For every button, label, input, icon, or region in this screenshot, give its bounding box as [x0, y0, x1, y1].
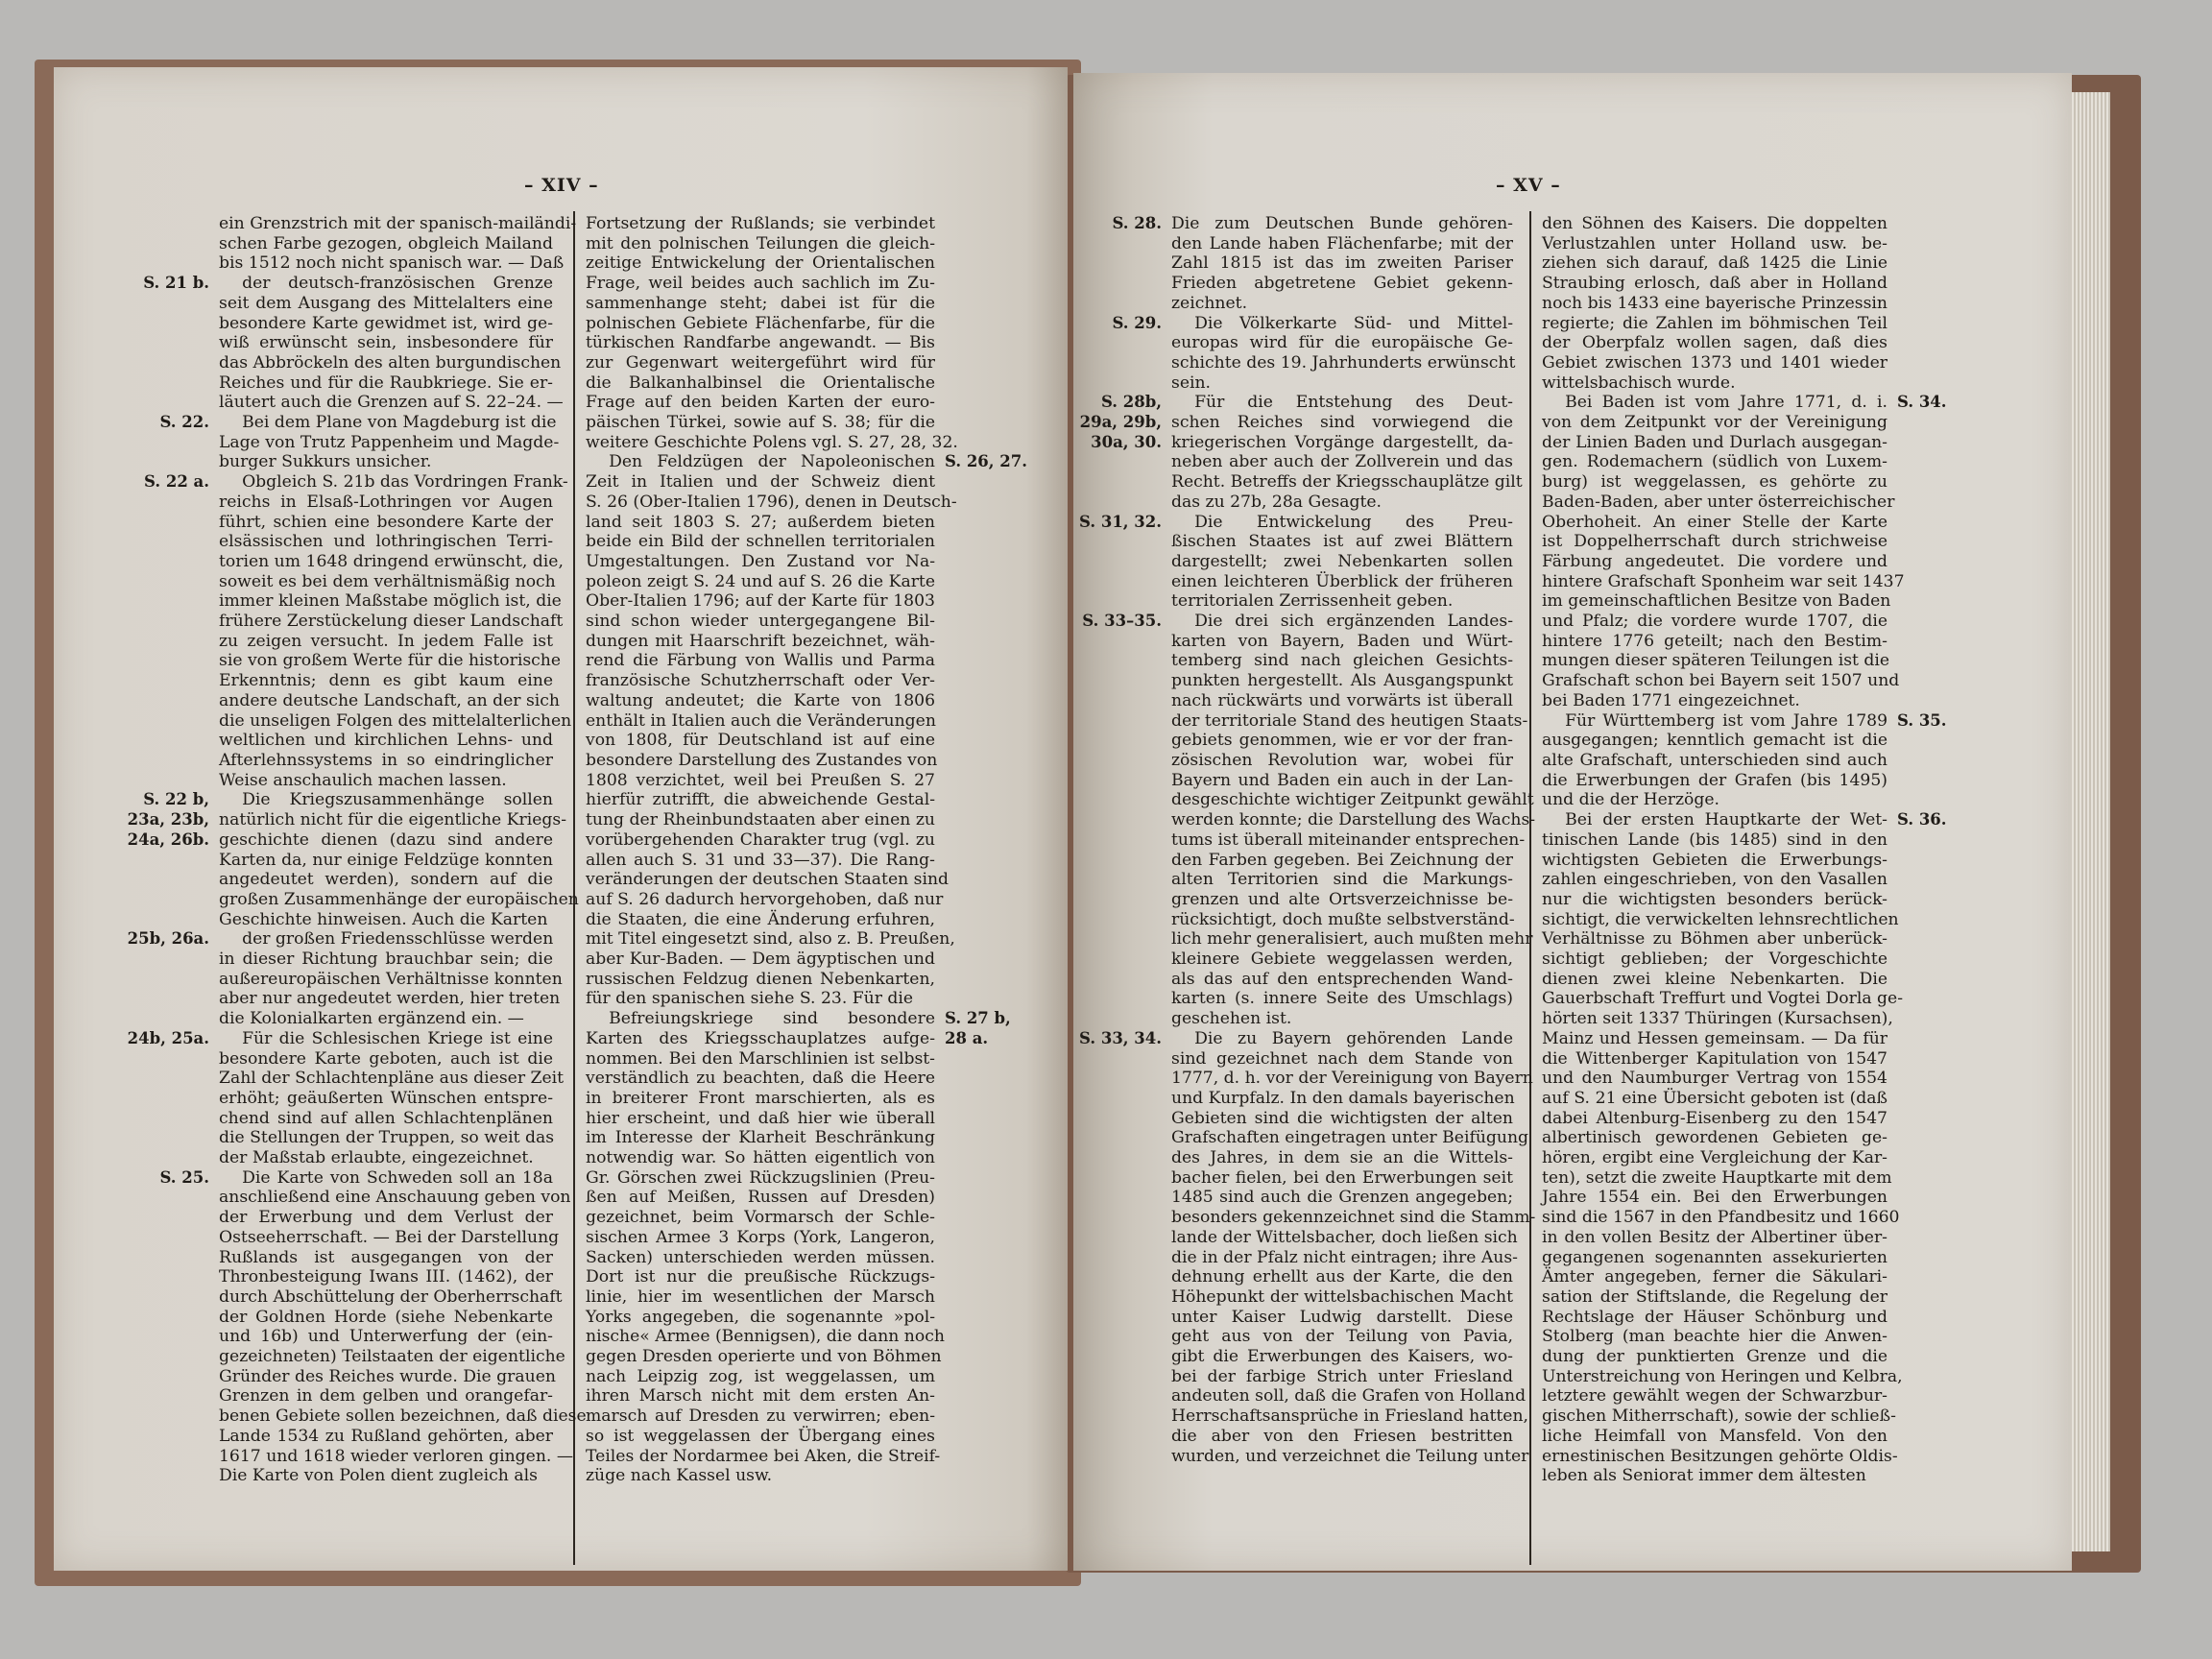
text-line: des Jahres, in dem sie an die Wittels- — [1171, 1148, 1513, 1168]
text-line: sie von großem Werte für die historische — [219, 651, 553, 671]
text-line: so ist weggelassen der Übergang eines — [586, 1427, 935, 1447]
map-page-reference: S. 22. — [113, 413, 209, 433]
text-line: beide ein Bild der schnellen territorial… — [586, 532, 935, 552]
text-line: Befreiungskriege sind besondere — [586, 1009, 935, 1029]
text-line: in dieser Richtung brauchbar sein; die — [219, 950, 553, 970]
text-line: Gründer des Reiches wurde. Die grauen — [219, 1367, 553, 1387]
text-line: weitere Geschichte Polens vgl. S. 27, 28… — [586, 433, 935, 453]
text-line: Teiles der Nordarmee bei Aken, die Strei… — [586, 1447, 935, 1467]
text-line: hier erscheint, und daß hier wie überall — [586, 1109, 935, 1129]
text-line: alte Grafschaft, unterschieden sind auch — [1542, 751, 1887, 771]
text-column: Fortsetzung der Rußlands; sie verbindetm… — [586, 214, 935, 1486]
text-line: dienen zwei kleine Nebenkarten. Die — [1542, 970, 1887, 990]
text-line: der Erwerbung und dem Verlust der — [219, 1208, 553, 1228]
text-line: desgeschichte wichtiger Zeitpunkt gewähl… — [1171, 790, 1513, 810]
text-line: albertinisch gewordenen Gebieten ge- — [1542, 1128, 1887, 1148]
text-line: bei der farbige Strich unter Friesland — [1171, 1367, 1513, 1387]
text-line: durch Abschüttelung der Oberherrschaft — [219, 1287, 553, 1308]
map-page-reference: S. 28b, 29a, 29b, 30a, 30. — [1066, 393, 1162, 452]
map-page-reference: S. 35. — [1897, 711, 1947, 732]
text-line: Die drei sich ergänzenden Landes- — [1171, 612, 1513, 632]
text-line: seit dem Ausgang des Mittelalters eine — [219, 294, 553, 314]
text-line: geschichte dienen (dazu sind andere — [219, 830, 553, 851]
text-line: allen auch S. 31 und 33—37). Die Rang- — [586, 851, 935, 871]
text-line: und die der Herzöge. — [1542, 790, 1887, 810]
text-line: 1617 und 1618 wieder verloren gingen. — — [219, 1447, 553, 1467]
text-line: Verhältnisse zu Böhmen aber unberück- — [1542, 929, 1887, 950]
text-line: alten Territorien sind die Markungs- — [1171, 870, 1513, 890]
text-line: torien um 1648 dringend erwünscht, die, — [219, 552, 553, 572]
text-line: Ober-Italien 1796; auf der Karte für 180… — [586, 591, 935, 612]
text-line: zeichnet. — [1171, 294, 1513, 314]
text-line: anschließend eine Anschauung geben von — [219, 1188, 553, 1208]
text-line: Für Württemberg ist vom Jahre 1789 — [1542, 711, 1887, 732]
text-line: polnischen Gebiete Flächenfarbe, für die — [586, 314, 935, 334]
text-line: dung der punktierten Grenze und die — [1542, 1347, 1887, 1367]
text-line: werden konnte; die Darstellung des Wachs… — [1171, 810, 1513, 830]
text-line: von 1808, für Deutschland ist auf eine — [586, 731, 935, 751]
map-page-reference: 25b, 26a. — [113, 929, 209, 950]
text-line: ziehen sich darauf, daß 1425 die Linie — [1542, 253, 1887, 274]
text-line: Gauerbschaft Treffurt und Vogtei Dorla g… — [1542, 989, 1887, 1009]
text-line: die Kolonialkarten ergänzend ein. — — [219, 1009, 553, 1029]
text-line: der großen Friedensschlüsse werden — [219, 929, 553, 950]
text-line: dargestellt; zwei Nebenkarten sollen — [1171, 552, 1513, 572]
text-line: Frieden abgetretene Gebiet gekenn- — [1171, 274, 1513, 294]
map-page-reference: S. 25. — [113, 1168, 209, 1189]
text-line: Lande 1534 zu Rußland gehörten, aber — [219, 1427, 553, 1447]
text-line: Zahl 1815 ist das im zweiten Pariser — [1171, 253, 1513, 274]
text-line: läutert auch die Grenzen auf S. 22–24. — — [219, 393, 553, 413]
text-line: Baden-Baden, aber unter österreichischer — [1542, 493, 1887, 513]
text-line: der Oberpfalz wollen sagen, daß dies — [1542, 333, 1887, 353]
text-line: kriegerischen Vorgänge dargestellt, da- — [1171, 433, 1513, 453]
text-line: mungen dieser späteren Teilungen ist die — [1542, 651, 1887, 671]
text-line: ßen auf Meißen, Russen auf Dresden) — [586, 1188, 935, 1208]
text-line: andere deutsche Landschaft, an der sich — [219, 691, 553, 711]
text-line: den Söhnen des Kaisers. Die doppelten — [1542, 214, 1887, 234]
text-line: Thronbesteigung Iwans III. (1462), der — [219, 1267, 553, 1287]
text-line: Höhepunkt der wittelsbachischen Macht — [1171, 1287, 1513, 1308]
text-line: Rechtslage der Häuser Schönburg und — [1542, 1308, 1887, 1328]
text-line: sichtigt geblieben; der Vorgeschichte — [1542, 950, 1887, 970]
text-line: nach Leipzig zog, ist weggelassen, um — [586, 1367, 935, 1387]
text-line: für den spanischen siehe S. 23. Für die — [586, 989, 935, 1009]
map-page-reference: S. 22 a. — [113, 472, 209, 493]
text-line: linie, hier im wesentlichen der Marsch — [586, 1287, 935, 1308]
map-page-reference: S. 27 b, 28 a. — [945, 1009, 1011, 1048]
text-line: Die Karte von Polen dient zugleich als — [219, 1466, 553, 1486]
text-line: hintere 1776 geteilt; nach den Bestim- — [1542, 632, 1887, 652]
text-line: tung der Rheinbundstaaten aber einen zu — [586, 810, 935, 830]
text-line: punkten hergestellt. Als Ausgangspunkt — [1171, 671, 1513, 691]
text-line: bacher fielen, bei den Erwerbungen seit — [1171, 1168, 1513, 1189]
text-line: hierfür zutrifft, die abweichende Gestal… — [586, 790, 935, 810]
text-line: wichtigsten Gebieten die Erwerbungs- — [1542, 851, 1887, 871]
text-line: ihren Marsch nicht mit dem ersten An- — [586, 1386, 935, 1407]
text-line: dabei Altenburg-Eisenberg zu den 1547 — [1542, 1109, 1887, 1129]
text-line: reichs in Elsaß-Lothringen vor Augen — [219, 493, 553, 513]
text-line: zahlen eingeschrieben, von den Vasallen — [1542, 870, 1887, 890]
page-number-left: – XIV – — [524, 175, 599, 196]
text-line: die Erwerbungen der Grafen (bis 1495) — [1542, 771, 1887, 791]
text-line: der territoriale Stand des heutigen Staa… — [1171, 711, 1513, 732]
map-page-reference: S. 28. — [1066, 214, 1162, 234]
text-line: den Farben gegeben. Bei Zeichnung der — [1171, 851, 1513, 871]
text-line: gezeichnet, beim Vormarsch der Schle- — [586, 1208, 935, 1228]
map-page-reference: S. 33, 34. — [1066, 1029, 1162, 1049]
text-line: die in der Pfalz nicht eintragen; ihre A… — [1171, 1248, 1513, 1268]
text-line: die aber von den Friesen bestritten — [1171, 1427, 1513, 1447]
text-line: sation der Stiftslande, die Regelung der — [1542, 1287, 1887, 1308]
text-line: Die zu Bayern gehörenden Lande — [1171, 1029, 1513, 1049]
map-page-reference: S. 34. — [1897, 393, 1947, 413]
text-line: Grafschaft schon bei Bayern seit 1507 un… — [1542, 671, 1887, 691]
text-line: bis 1512 noch nicht spanisch war. — Daß — [219, 253, 553, 274]
text-line: temberg sind nach gleichen Gesichts- — [1171, 651, 1513, 671]
text-line: poleon zeigt S. 24 und auf S. 26 die Kar… — [586, 572, 935, 592]
text-line: ßischen Staates ist auf zwei Blättern — [1171, 532, 1513, 552]
text-line: wurden, und verzeichnet die Teilung unte… — [1171, 1447, 1513, 1467]
text-line: Grafschaften eingetragen unter Beifügung — [1171, 1128, 1513, 1148]
text-line: das Abbröckeln des alten burgundischen — [219, 353, 553, 373]
text-line: ein Grenzstrich mit der spanisch-mailänd… — [219, 214, 553, 234]
text-line: 1808 verzichtet, weil bei Preußen S. 27 — [586, 771, 935, 791]
text-line: hörten seit 1337 Thüringen (Kursachsen), — [1542, 1009, 1887, 1029]
text-column: ein Grenzstrich mit der spanisch-mailänd… — [219, 214, 553, 1486]
text-line: europas wird für die europäische Ge- — [1171, 333, 1513, 353]
text-line: lich mehr generalisiert, auch mußten meh… — [1171, 929, 1513, 950]
text-line: Gebieten sind die wichtigsten der alten — [1171, 1109, 1513, 1129]
text-line: Ostseeherrschaft. — Bei der Darstellung — [219, 1228, 553, 1248]
text-line: mit Titel eingesetzt sind, also z. B. Pr… — [586, 929, 935, 950]
text-line: im Interesse der Klarheit Beschränkung — [586, 1128, 935, 1148]
text-line: elsässischen und lothringischen Terri- — [219, 532, 553, 552]
text-line: Bei der ersten Hauptkarte der Wet- — [1542, 810, 1887, 830]
text-line: Frage, weil beides auch sachlich im Zu- — [586, 274, 935, 294]
text-line: grenzen und alte Ortsverzeichnisse be- — [1171, 890, 1513, 910]
text-line: Weise anschaulich machen lassen. — [219, 771, 553, 791]
text-line: gischen Mitherrschaft), sowie der schlie… — [1542, 1407, 1887, 1427]
text-line: zeitige Entwickelung der Orientalischen — [586, 253, 935, 274]
text-line: land seit 1803 S. 27; außerdem bieten — [586, 513, 935, 533]
text-line: gibt die Erwerbungen des Kaisers, wo- — [1171, 1347, 1513, 1367]
text-line: als das auf den entsprechenden Wand- — [1171, 970, 1513, 990]
text-line: neben aber auch der Zollverein und das — [1171, 452, 1513, 472]
text-line: burger Sukkurs unsicher. — [219, 452, 553, 472]
page-edges — [2072, 92, 2110, 1551]
text-line: Recht. Betreffs der Kriegsschauplätze gi… — [1171, 472, 1513, 493]
text-line: Die Kriegszusammenhänge sollen — [219, 790, 553, 810]
text-line: geht aus von der Teilung von Pavia, — [1171, 1327, 1513, 1347]
text-line: besondere Darstellung des Zustandes von — [586, 751, 935, 771]
text-line: türkischen Randfarbe angewandt. — Bis — [586, 333, 935, 353]
text-line: Obgleich S. 21b das Vordringen Frank- — [219, 472, 553, 493]
text-line: von dem Zeitpunkt vor der Vereinigung — [1542, 413, 1887, 433]
text-line: Jahre 1554 ein. Bei den Erwerbungen — [1542, 1188, 1887, 1208]
text-line: besondere Karte geboten, auch ist die — [219, 1049, 553, 1070]
text-line: die Balkanhalbinsel die Orientalische — [586, 373, 935, 394]
text-line: großen Zusammenhänge der europäischen — [219, 890, 553, 910]
text-line: ten), setzt die zweite Hauptkarte mit de… — [1542, 1168, 1887, 1189]
text-line: letztere gewählt wegen der Schwarzbur- — [1542, 1386, 1887, 1407]
text-line: der Linien Baden und Durlach ausgegan- — [1542, 433, 1887, 453]
text-line: Stolberg (man beachte hier die Anwen- — [1542, 1327, 1887, 1347]
text-line: schichte des 19. Jahrhunderts erwünscht — [1171, 353, 1513, 373]
map-page-reference: S. 33–35. — [1066, 612, 1162, 632]
text-line: Erkenntnis; denn es gibt kaum eine — [219, 671, 553, 691]
text-line: der deutsch-französischen Grenze — [219, 274, 553, 294]
text-line: auf S. 21 eine Übersicht geboten ist (da… — [1542, 1089, 1887, 1109]
text-line: erhöht; geäußerten Wünschen entspre- — [219, 1089, 553, 1109]
text-line: Straubing erlosch, daß aber in Holland — [1542, 274, 1887, 294]
text-line: aber nur angedeutet werden, hier treten — [219, 989, 553, 1009]
text-line: hören, ergibt eine Vergleichung der Kar- — [1542, 1148, 1887, 1168]
text-line: gebiets genommen, wie er vor der fran- — [1171, 731, 1513, 751]
text-line: verständlich zu beachten, daß die Heere — [586, 1069, 935, 1089]
right-page: – XV – Die zum Deutschen Bunde gehören-d… — [1073, 73, 2072, 1571]
text-line: veränderungen der deutschen Staaten sind — [586, 870, 935, 890]
text-line: russischen Feldzug dienen Nebenkarten, — [586, 970, 935, 990]
text-line: Yorks angegeben, die sogenannte »pol- — [586, 1308, 935, 1328]
text-line: regierte; die Zahlen im böhmischen Teil — [1542, 314, 1887, 334]
text-line: Frage auf den beiden Karten der euro- — [586, 393, 935, 413]
left-page: – XIV – ein Grenzstrich mit der spanisch… — [54, 67, 1068, 1571]
text-line: leben als Seniorat immer dem ältesten — [1542, 1466, 1887, 1486]
text-line: den Lande haben Flächenfarbe; mit der — [1171, 234, 1513, 254]
text-line: ernestinischen Besitzungen gehörte Oldis… — [1542, 1447, 1887, 1467]
text-line: Karten des Kriegsschauplatzes aufge- — [586, 1029, 935, 1049]
text-line: sind schon wieder untergegangene Bil- — [586, 612, 935, 632]
text-line: sind gezeichnet nach dem Stande von — [1171, 1049, 1513, 1070]
text-line: Dort ist nur die preußische Rückzugs- — [586, 1267, 935, 1287]
text-line: Rußlands ist ausgegangen von der — [219, 1248, 553, 1268]
text-line: Die Völkerkarte Süd- und Mittel- — [1171, 314, 1513, 334]
text-line: unter Kaiser Ludwig darstellt. Diese — [1171, 1308, 1513, 1328]
text-line: Zeit in Italien und der Schweiz dient — [586, 472, 935, 493]
text-line: außereuropäischen Verhältnisse konnten — [219, 970, 553, 990]
text-line: Fortsetzung der Rußlands; sie verbindet — [586, 214, 935, 234]
text-line: angedeutet werden), sondern auf die — [219, 870, 553, 890]
text-line: Reiches und für die Raubkriege. Sie er- — [219, 373, 553, 394]
text-line: natürlich nicht für die eigentliche Krie… — [219, 810, 553, 830]
text-line: Unterstreichung von Heringen und Kelbra, — [1542, 1367, 1887, 1387]
text-line: Die zum Deutschen Bunde gehören- — [1171, 214, 1513, 234]
text-line: das zu 27b, 28a Gesagte. — [1171, 493, 1513, 513]
text-line: karten (s. innere Seite des Umschlags) — [1171, 989, 1513, 1009]
text-line: vorübergehenden Charakter trug (vgl. zu — [586, 830, 935, 851]
text-line: chend sind auf allen Schlachtenplänen — [219, 1109, 553, 1129]
text-line: und Pfalz; die vordere wurde 1707, die — [1542, 612, 1887, 632]
text-line: Den Feldzügen der Napoleonischen — [586, 452, 935, 472]
map-page-reference: S. 31, 32. — [1066, 513, 1162, 533]
text-line: rend die Färbung von Wallis und Parma — [586, 651, 935, 671]
text-line: frühere Zerstückelung dieser Landschaft — [219, 612, 553, 632]
text-line: Oberhoheit. An einer Stelle der Karte — [1542, 513, 1887, 533]
text-line: Mainz und Hessen gemeinsam. — Da für — [1542, 1029, 1887, 1049]
column-divider-left — [573, 211, 575, 1565]
text-line: notwendig war. So hätten eigentlich von — [586, 1148, 935, 1168]
text-line: ist Doppelherrschaft durch strichweise — [1542, 532, 1887, 552]
text-line: einen leichteren Überblick der früheren — [1171, 572, 1513, 592]
text-line: Bei Baden ist vom Jahre 1771, d. i. — [1542, 393, 1887, 413]
text-line: besondere Karte gewidmet ist, wird ge- — [219, 314, 553, 334]
text-line: S. 26 (Ober-Italien 1796), denen in Deut… — [586, 493, 935, 513]
text-line: schen Farbe gezogen, obgleich Mailand — [219, 234, 553, 254]
text-line: gen. Rodemachern (südlich von Luxem- — [1542, 452, 1887, 472]
text-line: in den vollen Besitz der Albertiner über… — [1542, 1228, 1887, 1248]
text-line: hintere Grafschaft Sponheim war seit 143… — [1542, 572, 1887, 592]
text-line: in breiterer Front marschierten, als es — [586, 1089, 935, 1109]
text-line: weltlichen und kirchlichen Lehns- und — [219, 731, 553, 751]
text-line: päischen Türkei, sowie auf S. 38; für di… — [586, 413, 935, 433]
text-line: gezeichneten) Teilstaaten der eigentlich… — [219, 1347, 553, 1367]
text-line: tinischen Lande (bis 1485) sind in den — [1542, 830, 1887, 851]
text-line: Herrschaftsansprüche in Friesland hatten… — [1171, 1407, 1513, 1427]
text-line: dehnung erhellt aus der Karte, die den — [1171, 1267, 1513, 1287]
text-line: der Goldnen Horde (siehe Nebenkarte — [219, 1308, 553, 1328]
text-line: zösischen Revolution war, wobei für — [1171, 751, 1513, 771]
text-line: gegen Dresden operierte und von Böhmen — [586, 1347, 935, 1367]
text-line: Ämter angegeben, ferner die Säkulari- — [1542, 1267, 1887, 1287]
text-line: züge nach Kassel usw. — [586, 1466, 935, 1486]
text-line: im gemeinschaftlichen Besitze von Baden — [1542, 591, 1887, 612]
text-line: Sacken) unterschieden werden müssen. — [586, 1248, 935, 1268]
text-line: karten von Bayern, Baden und Würt- — [1171, 632, 1513, 652]
text-line: nur die wichtigsten besonders berück- — [1542, 890, 1887, 910]
text-line: besonders gekennzeichnet sind die Stamm- — [1171, 1208, 1513, 1228]
text-line: aber Kur-Baden. — Dem ägyptischen und — [586, 950, 935, 970]
text-line: dungen mit Haarschrift bezeichnet, wäh- — [586, 632, 935, 652]
text-line: französische Schutzherrschaft oder Ver- — [586, 671, 935, 691]
text-line: benen Gebiete sollen bezeichnen, daß die… — [219, 1407, 553, 1427]
text-line: immer kleinen Maßstabe möglich ist, die — [219, 591, 553, 612]
text-column: den Söhnen des Kaisers. Die doppeltenVer… — [1542, 214, 1887, 1486]
text-line: ausgegangen; kenntlich gemacht ist die — [1542, 731, 1887, 751]
text-line: Geschichte hinweisen. Auch die Karten — [219, 910, 553, 930]
text-line: Für die Entstehung des Deut- — [1171, 393, 1513, 413]
text-line: die Staaten, die eine Änderung erfuhren, — [586, 910, 935, 930]
text-line: enthält in Italien auch die Veränderunge… — [586, 711, 935, 732]
text-line: Die Entwickelung des Preu- — [1171, 513, 1513, 533]
text-line: geschehen ist. — [1171, 1009, 1513, 1029]
text-line: liche Heimfall von Mansfeld. Von den — [1542, 1427, 1887, 1447]
text-line: waltung andeutet; die Karte von 1806 — [586, 691, 935, 711]
text-line: soweit es bei dem verhältnismäßig noch — [219, 572, 553, 592]
text-line: wittelsbachisch wurde. — [1542, 373, 1887, 394]
text-line: wiß erwünscht sein, insbesondere für — [219, 333, 553, 353]
text-line: auf S. 26 dadurch hervorgehoben, daß nur — [586, 890, 935, 910]
column-divider-right — [1529, 211, 1531, 1565]
text-line: Verlustzahlen unter Holland usw. be- — [1542, 234, 1887, 254]
text-line: tums ist überall miteinander entsprechen… — [1171, 830, 1513, 851]
map-page-reference: S. 22 b, 23a, 23b, 24a, 26b. — [113, 790, 209, 850]
text-line: zur Gegenwart weitergeführt wird für — [586, 353, 935, 373]
text-line: Bei dem Plane von Magdeburg ist die — [219, 413, 553, 433]
map-page-reference: 24b, 25a. — [113, 1029, 209, 1049]
text-line: und den Naumburger Vertrag von 1554 — [1542, 1069, 1887, 1089]
text-line: territorialen Zerrissenheit geben. — [1171, 591, 1513, 612]
text-line: die unseligen Folgen des mittelalterlich… — [219, 711, 553, 732]
text-line: nach rückwärts und vorwärts ist überall — [1171, 691, 1513, 711]
text-line: kleinere Gebiete weggelassen werden, — [1171, 950, 1513, 970]
text-line: marsch auf Dresden zu verwirren; eben- — [586, 1407, 935, 1427]
text-line: lande der Wittelsbacher, doch ließen sic… — [1171, 1228, 1513, 1248]
text-line: zu zeigen versucht. In jedem Falle ist — [219, 632, 553, 652]
text-line: mit den polnischen Teilungen die gleich- — [586, 234, 935, 254]
page-number-right: – XV – — [1496, 175, 1561, 196]
text-line: Afterlehnssystems in so eindringlicher — [219, 751, 553, 771]
text-line: 1777, d. h. vor der Vereinigung von Baye… — [1171, 1069, 1513, 1089]
map-page-reference: S. 29. — [1066, 314, 1162, 334]
text-line: Für die Schlesischen Kriege ist eine — [219, 1029, 553, 1049]
text-line: Gr. Görschen zwei Rückzugslinien (Preu- — [586, 1168, 935, 1189]
text-line: sein. — [1171, 373, 1513, 394]
text-line: Die Karte von Schweden soll an 18a — [219, 1168, 553, 1189]
text-line: die Wittenberger Kapitulation von 1547 — [1542, 1049, 1887, 1070]
text-line: Bayern und Baden ein auch in der Lan- — [1171, 771, 1513, 791]
text-line: sammenhange steht; dabei ist für die — [586, 294, 935, 314]
text-line: Gebiet zwischen 1373 und 1401 wieder — [1542, 353, 1887, 373]
map-page-reference: S. 21 b. — [113, 274, 209, 294]
text-line: nommen. Bei den Marschlinien ist selbst- — [586, 1049, 935, 1070]
text-line: der Maßstab erlaubte, eingezeichnet. — [219, 1148, 553, 1168]
text-line: gegangenen sogenannten assekurierten — [1542, 1248, 1887, 1268]
text-line: Färbung angedeutet. Die vordere und — [1542, 552, 1887, 572]
map-page-reference: S. 26, 27. — [945, 452, 1027, 472]
text-line: rücksichtigt, doch mußte selbstverständ- — [1171, 910, 1513, 930]
text-line: führt, schien eine besondere Karte der — [219, 513, 553, 533]
text-line: Lage von Trutz Pappenheim und Magde- — [219, 433, 553, 453]
text-line: Karten da, nur einige Feldzüge konnten — [219, 851, 553, 871]
map-page-reference: S. 36. — [1897, 810, 1947, 830]
text-line: andeuten soll, daß die Grafen von Hollan… — [1171, 1386, 1513, 1407]
text-line: und 16b) und Unterwerfung der (ein- — [219, 1327, 553, 1347]
text-line: Umgestaltungen. Den Zustand vor Na- — [586, 552, 935, 572]
text-line: Grenzen in dem gelben und orangefar- — [219, 1386, 553, 1407]
text-line: noch bis 1433 eine bayerische Prinzessin — [1542, 294, 1887, 314]
text-line: sind die 1567 in den Pfandbesitz und 166… — [1542, 1208, 1887, 1228]
text-line: die Stellungen der Truppen, so weit das — [219, 1128, 553, 1148]
text-line: nische« Armee (Bennigsen), die dann noch — [586, 1327, 935, 1347]
text-line: sichtigt, die verwickelten lehnsrechtlic… — [1542, 910, 1887, 930]
text-line: sischen Armee 3 Korps (York, Langeron, — [586, 1228, 935, 1248]
text-line: schen Reiches sind vorwiegend die — [1171, 413, 1513, 433]
text-line: Zahl der Schlachtenpläne aus dieser Zeit — [219, 1069, 553, 1089]
text-line: 1485 sind auch die Grenzen angegeben; — [1171, 1188, 1513, 1208]
text-column: Die zum Deutschen Bunde gehören-den Land… — [1171, 214, 1513, 1466]
text-line: bei Baden 1771 eingezeichnet. — [1542, 691, 1887, 711]
text-line: burg) ist weggelassen, es gehörte zu — [1542, 472, 1887, 493]
text-line: und Kurpfalz. In den damals bayerischen — [1171, 1089, 1513, 1109]
